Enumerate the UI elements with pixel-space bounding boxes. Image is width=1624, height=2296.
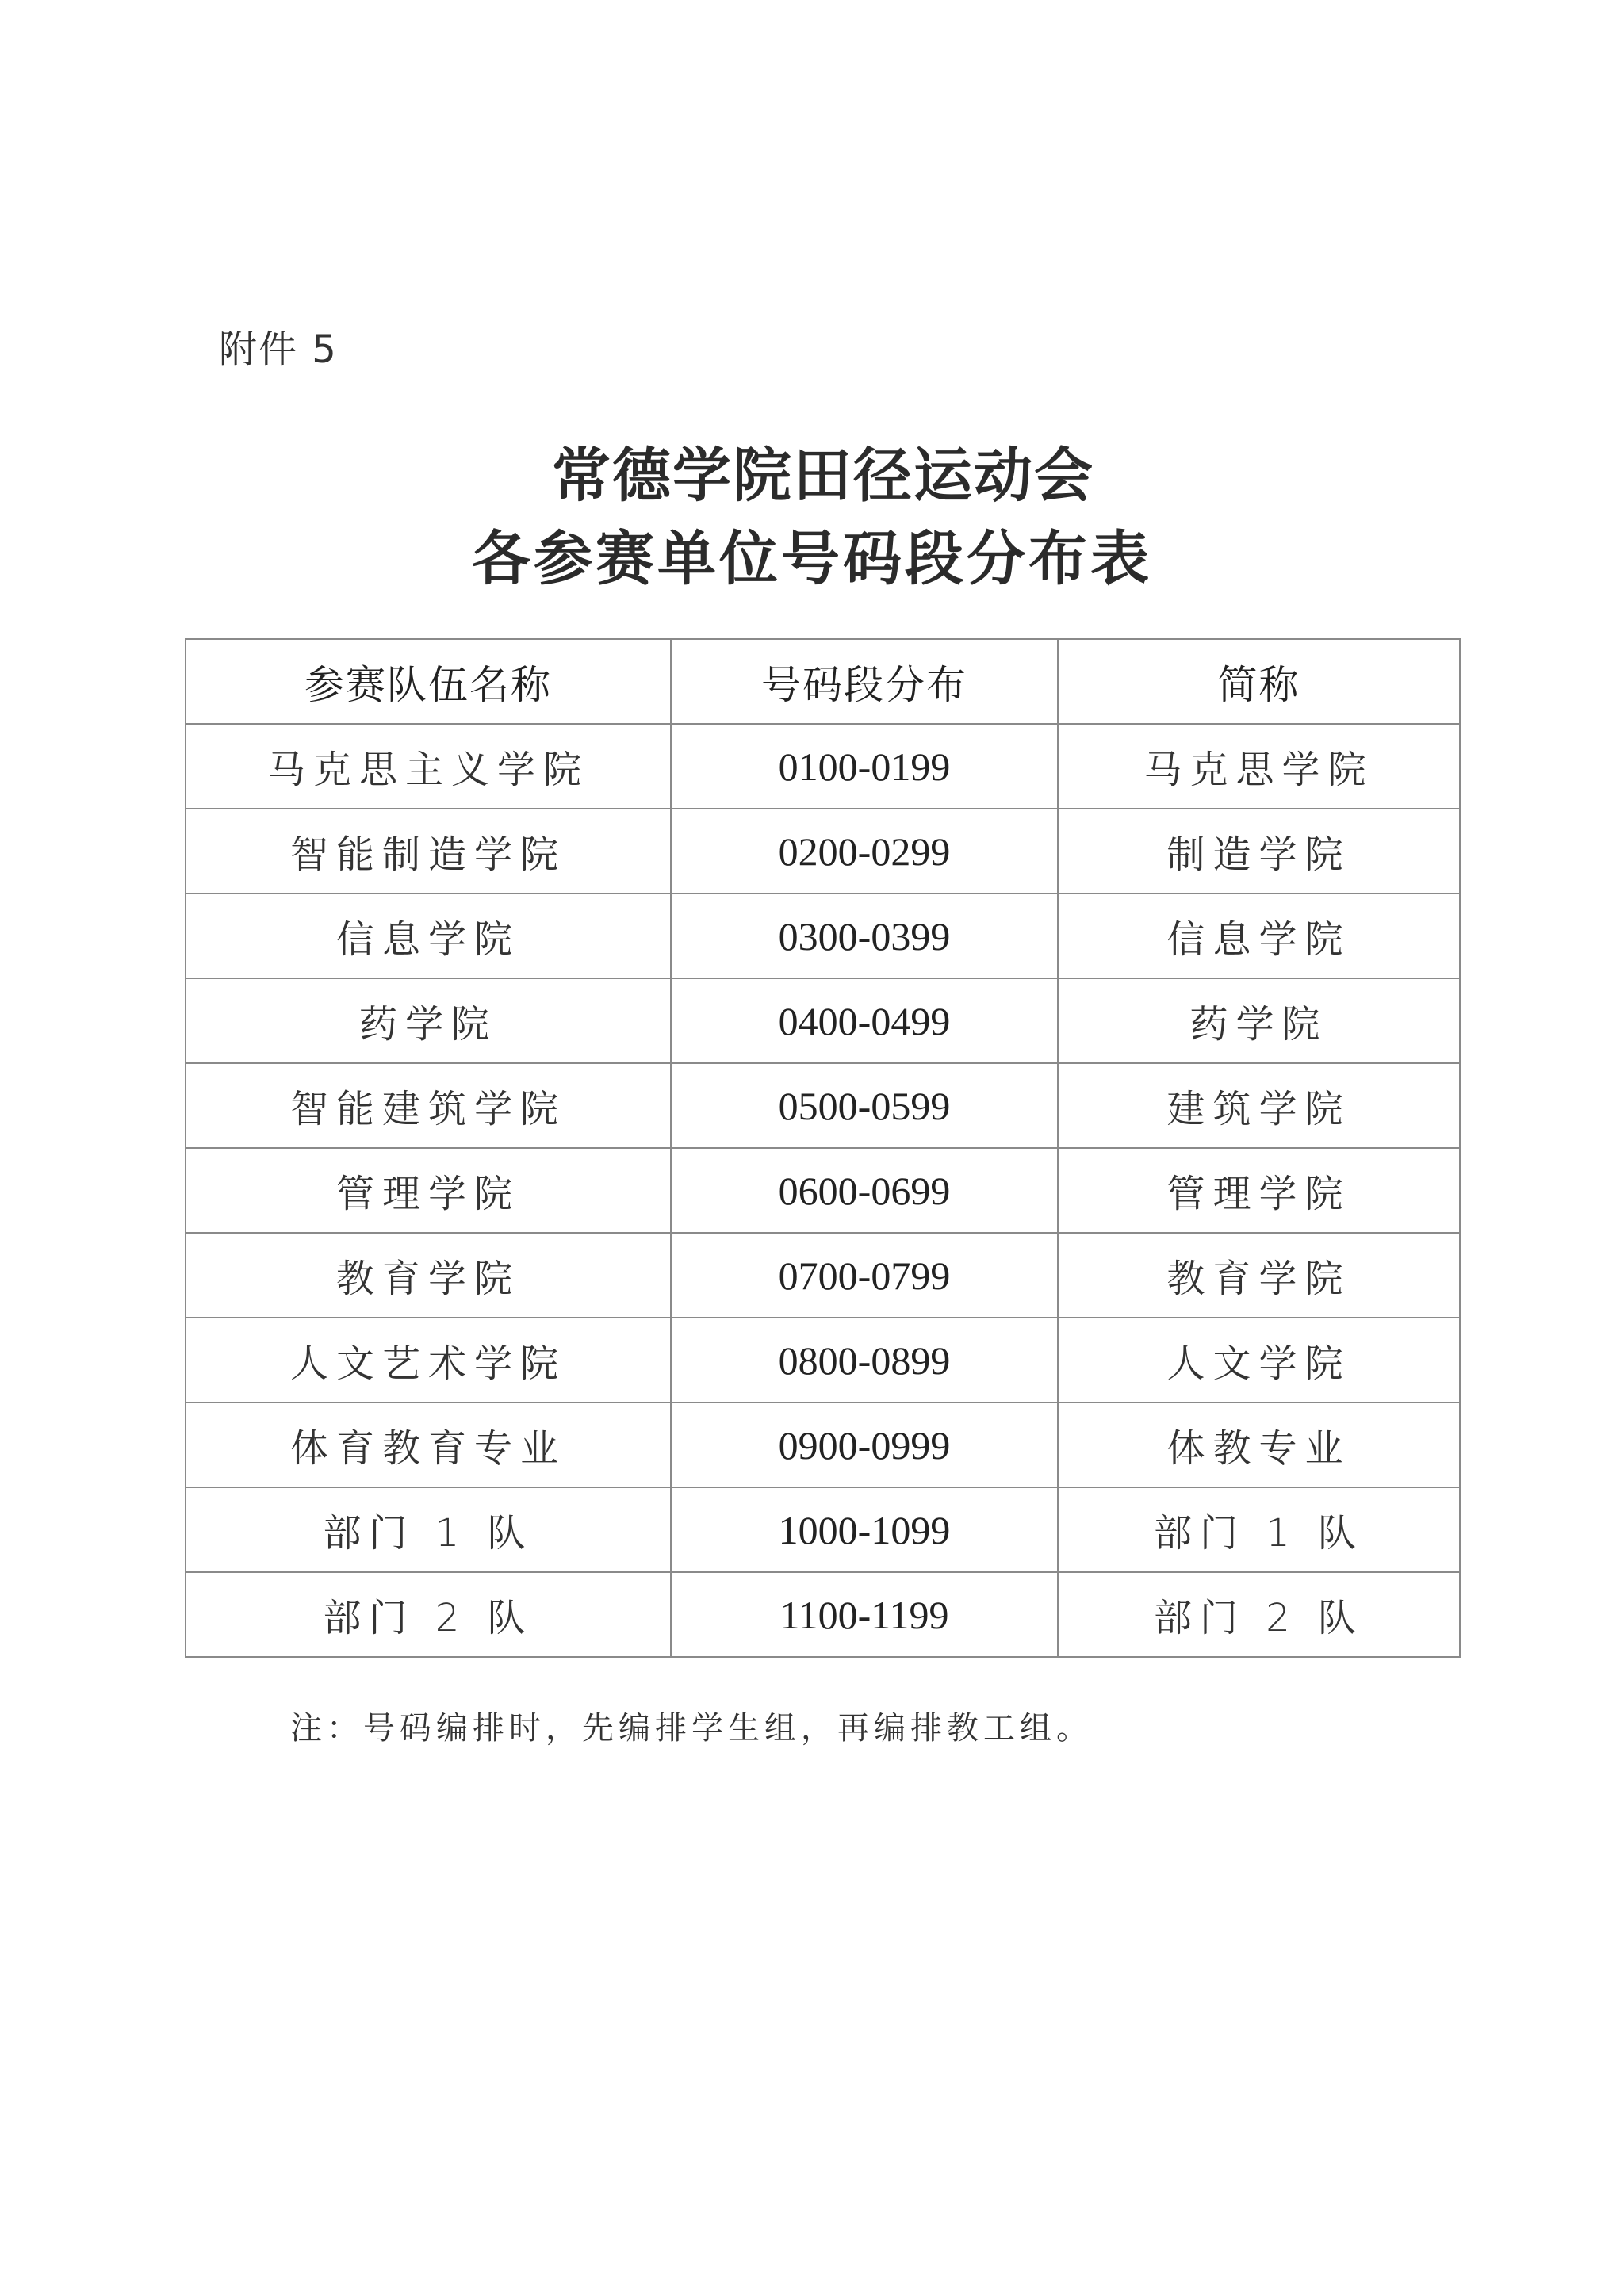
table-row: 体育教育专业 0900-0999 体教专业 xyxy=(186,1402,1460,1487)
table-row: 智能制造学院 0200-0299 制造学院 xyxy=(186,809,1460,894)
team-name: 智能制造学院 xyxy=(186,809,671,894)
abbreviation: 部门 2 队 xyxy=(1058,1572,1460,1657)
abbreviation: 马克思学院 xyxy=(1058,724,1460,809)
table-row: 教育学院 0700-0799 教育学院 xyxy=(186,1233,1460,1318)
table-footnote: 注：号码编排时，先编排学生组，再编排教工组。 xyxy=(290,1703,1093,1748)
document-title-line2: 各参赛单位号码段分布表 xyxy=(0,530,1624,588)
number-range-table: 参赛队伍名称 号码段分布 简称 马克思主义学院 0100-0199 马克思学院 … xyxy=(185,638,1461,1658)
abbreviation: 教育学院 xyxy=(1058,1233,1460,1318)
number-range: 1000-1099 xyxy=(671,1487,1058,1572)
number-range: 0900-0999 xyxy=(671,1402,1058,1487)
number-range: 0800-0899 xyxy=(671,1318,1058,1402)
team-name: 药学院 xyxy=(186,978,671,1063)
table-row: 管理学院 0600-0699 管理学院 xyxy=(186,1148,1460,1233)
attachment-label: 附件 5 xyxy=(219,319,338,373)
number-range: 1100-1199 xyxy=(671,1572,1058,1657)
abbreviation: 体教专业 xyxy=(1058,1402,1460,1487)
table-row: 信息学院 0300-0399 信息学院 xyxy=(186,894,1460,978)
team-name: 部门 2 队 xyxy=(186,1572,671,1657)
abbreviation: 信息学院 xyxy=(1058,894,1460,978)
team-name: 管理学院 xyxy=(186,1148,671,1233)
team-name: 智能建筑学院 xyxy=(186,1063,671,1148)
header-number-range: 号码段分布 xyxy=(671,639,1058,724)
abbreviation: 部门 1 队 xyxy=(1058,1487,1460,1572)
number-range: 0700-0799 xyxy=(671,1233,1058,1318)
table-header-row: 参赛队伍名称 号码段分布 简称 xyxy=(186,639,1460,724)
table-row: 部门 1 队 1000-1099 部门 1 队 xyxy=(186,1487,1460,1572)
number-range: 0200-0299 xyxy=(671,809,1058,894)
table-row: 部门 2 队 1100-1199 部门 2 队 xyxy=(186,1572,1460,1657)
team-name: 马克思主义学院 xyxy=(186,724,671,809)
number-range: 0300-0399 xyxy=(671,894,1058,978)
table-row: 药学院 0400-0499 药学院 xyxy=(186,978,1460,1063)
abbreviation: 制造学院 xyxy=(1058,809,1460,894)
team-name: 部门 1 队 xyxy=(186,1487,671,1572)
table-row: 智能建筑学院 0500-0599 建筑学院 xyxy=(186,1063,1460,1148)
number-range: 0500-0599 xyxy=(671,1063,1058,1148)
abbreviation: 人文学院 xyxy=(1058,1318,1460,1402)
number-range: 0400-0499 xyxy=(671,978,1058,1063)
table-row: 人文艺术学院 0800-0899 人文学院 xyxy=(186,1318,1460,1402)
table-row: 马克思主义学院 0100-0199 马克思学院 xyxy=(186,724,1460,809)
header-team-name: 参赛队伍名称 xyxy=(186,639,671,724)
number-range: 0600-0699 xyxy=(671,1148,1058,1233)
team-name: 信息学院 xyxy=(186,894,671,978)
abbreviation: 药学院 xyxy=(1058,978,1460,1063)
header-abbreviation: 简称 xyxy=(1058,639,1460,724)
abbreviation: 建筑学院 xyxy=(1058,1063,1460,1148)
document-title-line1: 常德学院田径运动会 xyxy=(0,446,1624,505)
team-name: 人文艺术学院 xyxy=(186,1318,671,1402)
team-name: 教育学院 xyxy=(186,1233,671,1318)
number-range: 0100-0199 xyxy=(671,724,1058,809)
team-name: 体育教育专业 xyxy=(186,1402,671,1487)
abbreviation: 管理学院 xyxy=(1058,1148,1460,1233)
